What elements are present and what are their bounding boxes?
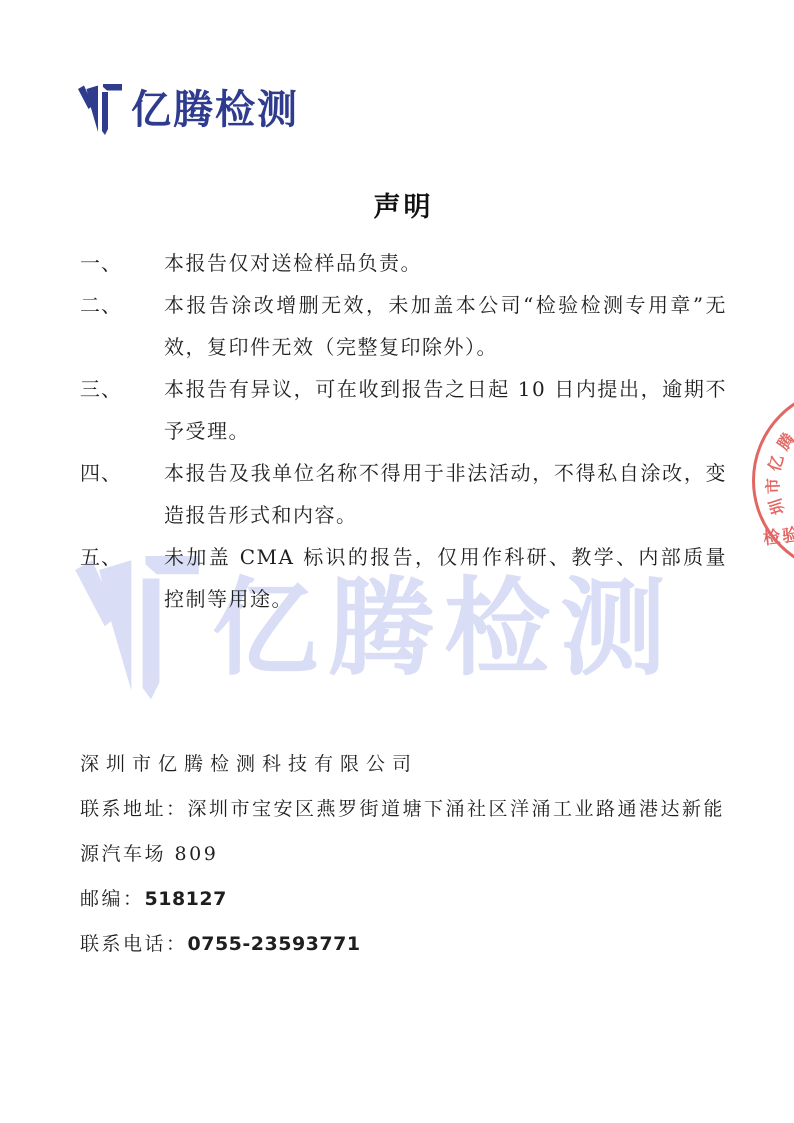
seal-ring-char: 圳 <box>763 496 790 518</box>
statement-section: 声明 一、 本报告仅对送检样品负责。 二、 本报告涂改增删无效，未加盖本公司“检… <box>80 190 727 620</box>
yt-logo-icon <box>78 84 122 136</box>
report-statement-page: 亿腾检测 声明 一、 本报告仅对送检样品负责。 二、 本报告涂改增删无效，未加盖… <box>0 0 794 1123</box>
item-number: 五、 <box>80 536 164 578</box>
item-text: 本报告及我单位名称不得用于非法活动，不得私自涂改，变造报告形式和内容。 <box>164 452 727 536</box>
phone-label: 联系电话： <box>80 933 188 955</box>
item-number: 二、 <box>80 284 164 326</box>
company-name: 深圳市亿腾检测科技有限公司 <box>80 742 740 787</box>
page-title: 声明 <box>80 190 727 226</box>
item-text: 本报告涂改增删无效，未加盖本公司“检验检测专用章”无效，复印件无效（完整复印除外… <box>164 284 727 368</box>
item-text: 本报告仅对送检样品负责。 <box>164 242 727 284</box>
company-logo-text: 亿腾检测 <box>131 90 299 130</box>
contact-phone: 联系电话：0755-23593771 <box>80 922 740 967</box>
company-logo: 亿腾检测 <box>78 84 299 136</box>
item-text: 未加盖 CMA 标识的报告，仅用作科研、教学、内部质量控制等用途。 <box>164 536 727 620</box>
statement-item: 一、 本报告仅对送检样品负责。 <box>80 242 727 284</box>
seal-ring-char: 亿 <box>762 452 788 473</box>
item-text: 本报告有异议，可在收到报告之日起 10 日内提出，逾期不予受理。 <box>164 368 727 452</box>
postcode-value: 518127 <box>145 888 227 910</box>
seal-ring-char: 市 <box>760 478 784 495</box>
statement-item: 二、 本报告涂改增删无效，未加盖本公司“检验检测专用章”无效，复印件无效（完整复… <box>80 284 727 368</box>
item-number: 三、 <box>80 368 164 410</box>
statement-item: 四、 本报告及我单位名称不得用于非法活动，不得私自涂改，变造报告形式和内容。 <box>80 452 727 536</box>
postal-code: 邮编：518127 <box>80 877 740 922</box>
contact-address: 联系地址：深圳市宝安区燕罗街道塘下涌社区洋涌工业路通港达新能源汽车场 809 <box>80 787 740 877</box>
statement-item: 五、 未加盖 CMA 标识的报告，仅用作科研、教学、内部质量控制等用途。 <box>80 536 727 620</box>
seal-bottom-text: 检验 <box>762 520 794 549</box>
statement-list: 一、 本报告仅对送检样品负责。 二、 本报告涂改增删无效，未加盖本公司“检验检测… <box>80 242 727 620</box>
address-label: 联系地址： <box>80 798 188 820</box>
item-number: 四、 <box>80 452 164 494</box>
inspection-seal: 腾 亿 市 圳 检验 <box>752 387 794 574</box>
contact-info: 深圳市亿腾检测科技有限公司 联系地址：深圳市宝安区燕罗街道塘下涌社区洋涌工业路通… <box>80 742 740 967</box>
seal-ring-char: 腾 <box>771 428 794 454</box>
postcode-label: 邮编： <box>80 888 145 910</box>
statement-item: 三、 本报告有异议，可在收到报告之日起 10 日内提出，逾期不予受理。 <box>80 368 727 452</box>
item-number: 一、 <box>80 242 164 284</box>
phone-value: 0755-23593771 <box>188 933 361 955</box>
